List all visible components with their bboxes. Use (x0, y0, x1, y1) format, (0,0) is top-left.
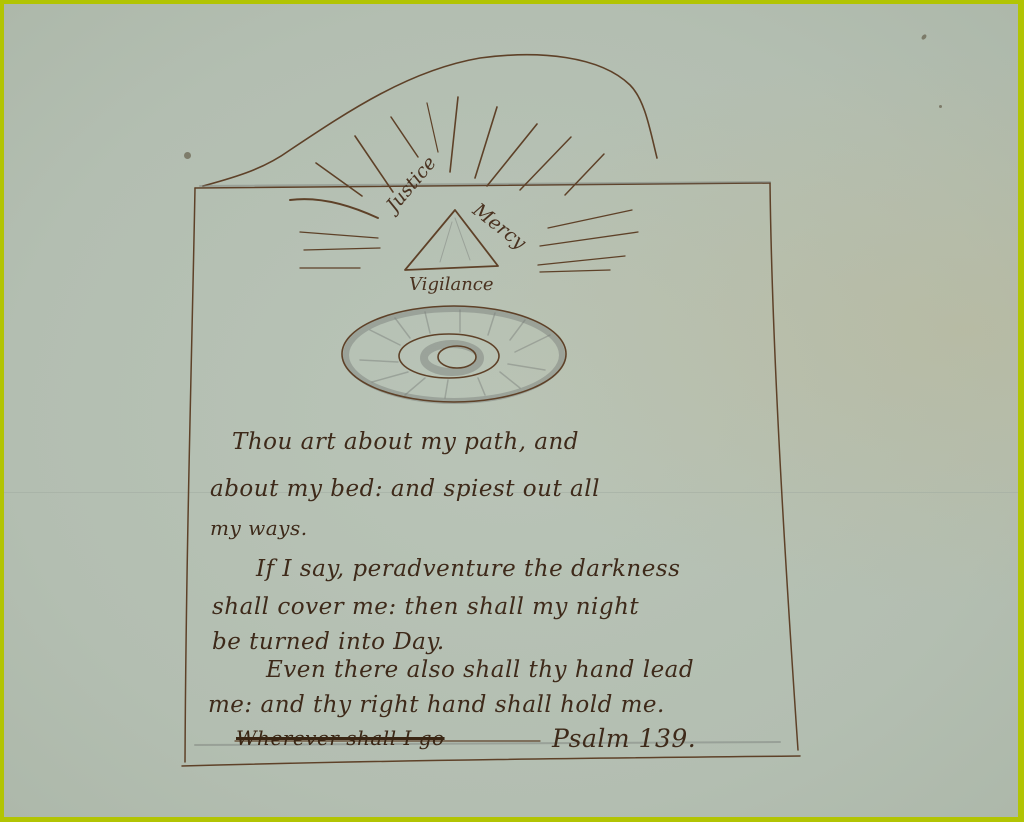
verse-line: be turned into Day. (212, 629, 445, 655)
verse-line: Thou art about my path, and (232, 429, 579, 455)
citation: Psalm 139. (552, 724, 696, 753)
tablet-left-edge (185, 188, 195, 762)
tablet-right-edge (770, 183, 798, 750)
verse-line: Even there also shall thy hand lead (266, 657, 694, 683)
verse-line: about my bed: and spiest out all (210, 476, 600, 502)
verse-line: shall cover me: then shall my night (212, 594, 639, 620)
manuscript-page: Justice Mercy Vigilance Thou art about m… (4, 4, 1018, 817)
struck-out-text: Wherever shall I go (236, 726, 445, 750)
eye-figure (342, 306, 566, 402)
verse-line: If I say, peradventure the darkness (256, 556, 680, 582)
tablet-bottom-edge (182, 756, 800, 766)
verse-line: me: and thy right hand shall hold me. (208, 692, 665, 718)
verse-line: my ways. (210, 516, 308, 540)
triangle-label-vigilance: Vigilance (409, 274, 494, 295)
